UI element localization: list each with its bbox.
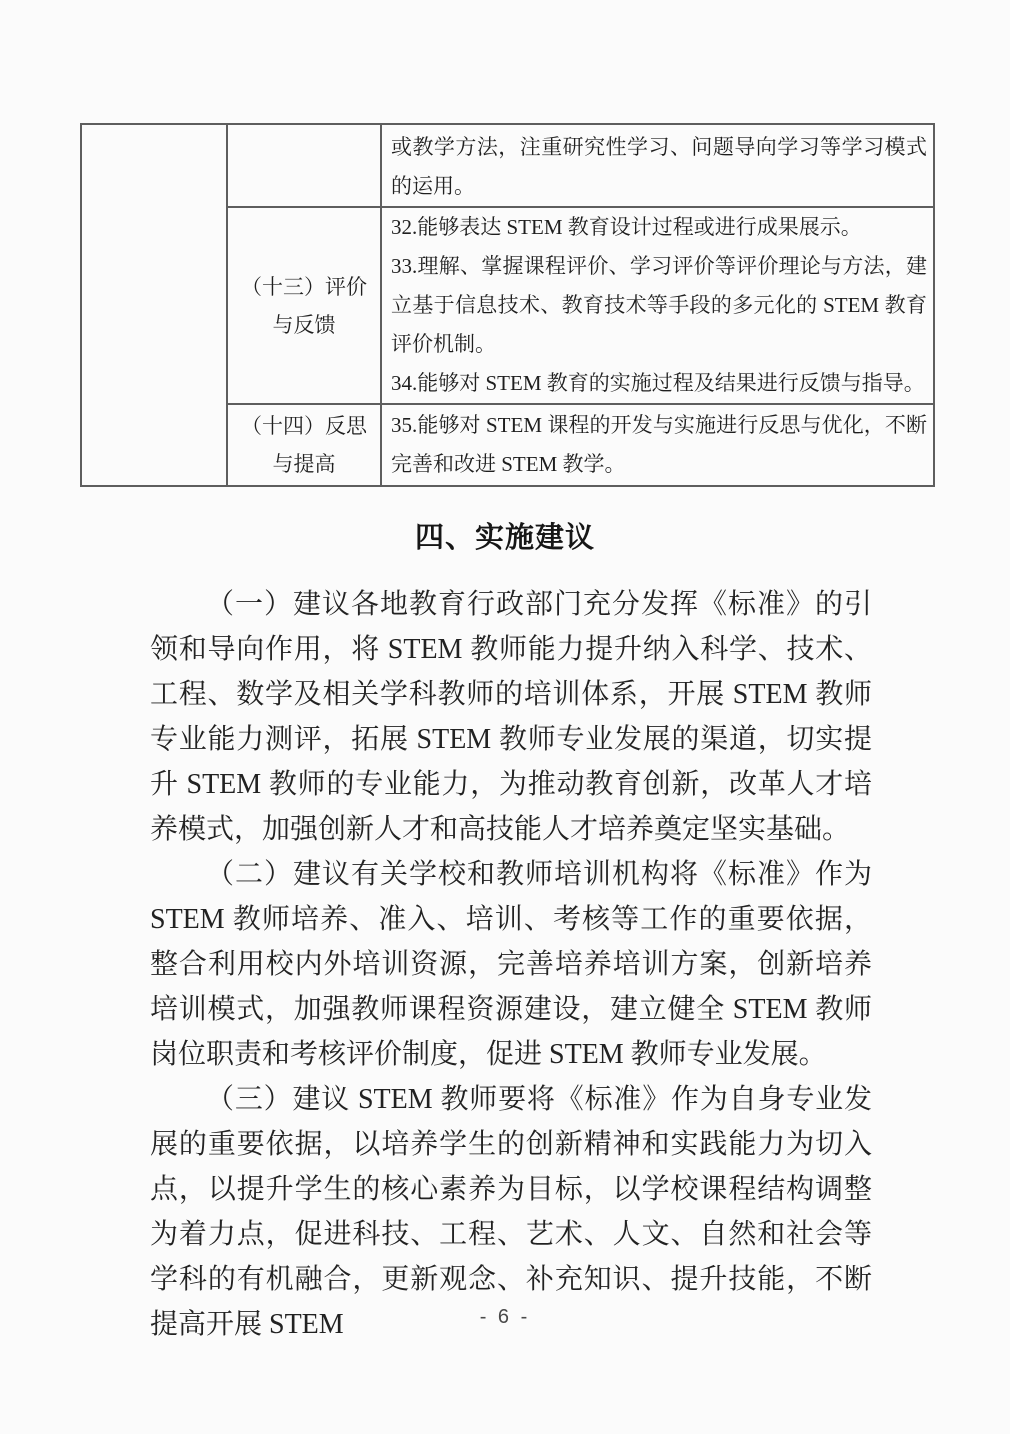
paragraph-1: （一）建议各地教育行政部门充分发挥《标准》的引领和导向作用，将 STEM 教师能… bbox=[150, 582, 872, 852]
label-line: 与提高 bbox=[230, 445, 378, 483]
label-line: （十三）评价 bbox=[230, 268, 378, 306]
table-item: 33.理解、掌握课程评价、学习评价等评价理论与方法，建立基于信息技术、教育技术等… bbox=[391, 247, 927, 364]
label-line: 与反馈 bbox=[230, 306, 378, 344]
table-item: 34.能够对 STEM 教育的实施过程及结果进行反馈与指导。 bbox=[391, 364, 927, 403]
label-line: （十四）反思 bbox=[230, 407, 378, 445]
table-cell-label-13: （十三）评价 与反馈 bbox=[227, 207, 381, 404]
table-cell-content: 或教学方法，注重研究性学习、问题导向学习等学习模式的运用。 bbox=[381, 124, 934, 207]
table-cell-content: 32.能够表达 STEM 教育设计过程或进行成果展示。 33.理解、掌握课程评价… bbox=[381, 207, 934, 404]
table-item: 35.能够对 STEM 课程的开发与实施进行反思与优化，不断完善和改进 STEM… bbox=[391, 406, 927, 484]
table-cell-label-empty bbox=[227, 124, 381, 207]
document-page: 或教学方法，注重研究性学习、问题导向学习等学习模式的运用。 （十三）评价 与反馈… bbox=[0, 0, 1010, 1434]
page-number: - 6 - bbox=[0, 1306, 1010, 1329]
table-cell-label-14: （十四）反思 与提高 bbox=[227, 404, 381, 486]
table-row: 或教学方法，注重研究性学习、问题导向学习等学习模式的运用。 bbox=[81, 124, 934, 207]
section-heading: 四、实施建议 bbox=[0, 515, 1010, 556]
table-cell-category-empty bbox=[81, 124, 227, 486]
table-cell-content: 35.能够对 STEM 课程的开发与实施进行反思与优化，不断完善和改进 STEM… bbox=[381, 404, 934, 486]
paragraph-2: （二）建议有关学校和教师培训机构将《标准》作为 STEM 教师培养、准入、培训、… bbox=[150, 852, 872, 1077]
body-text: （一）建议各地教育行政部门充分发挥《标准》的引领和导向作用，将 STEM 教师能… bbox=[150, 582, 872, 1347]
competency-table: 或教学方法，注重研究性学习、问题导向学习等学习模式的运用。 （十三）评价 与反馈… bbox=[80, 123, 935, 487]
table-item: 或教学方法，注重研究性学习、问题导向学习等学习模式的运用。 bbox=[391, 128, 927, 206]
table-item: 32.能够表达 STEM 教育设计过程或进行成果展示。 bbox=[391, 208, 927, 247]
